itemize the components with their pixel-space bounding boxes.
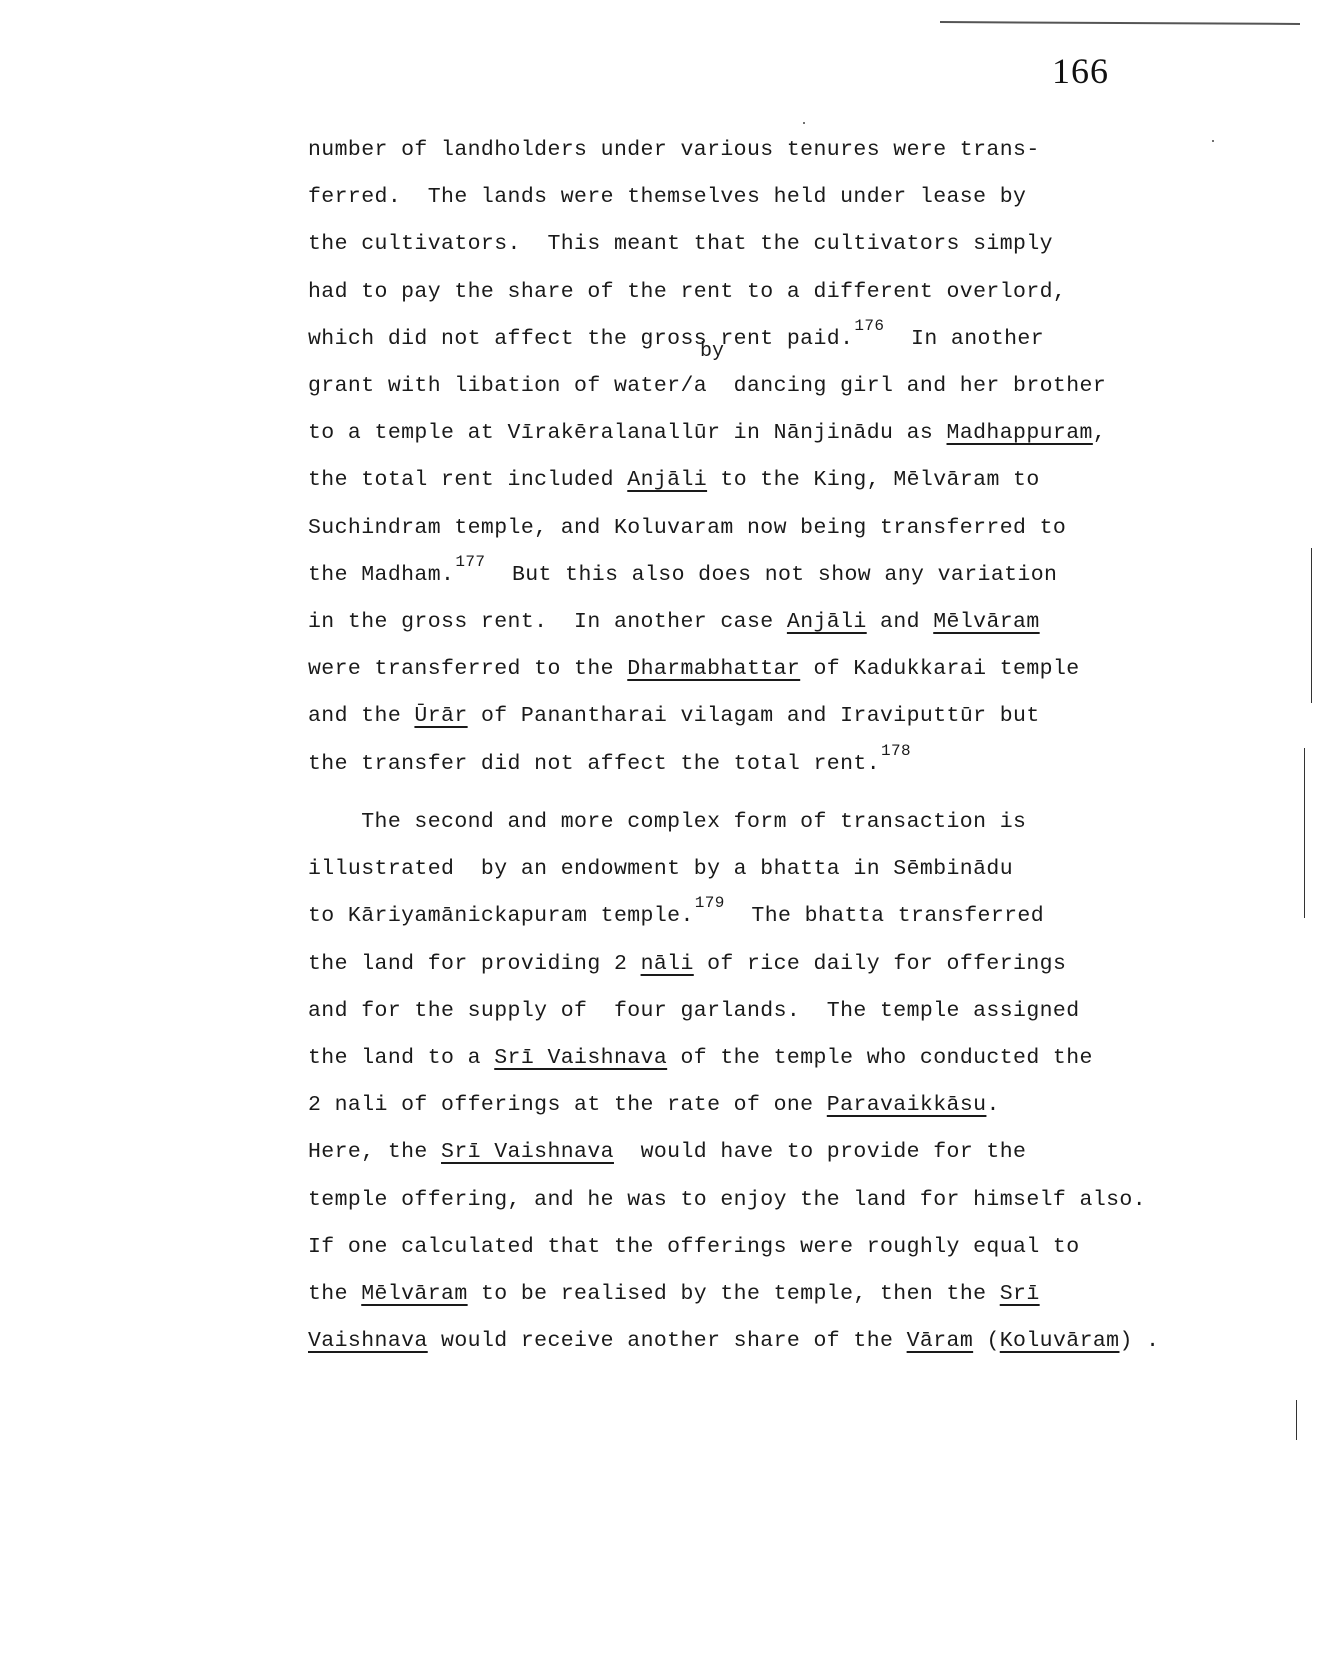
text-run: had to pay the share of the rent to a di… — [308, 280, 1066, 304]
underlined-term: Anjāli — [627, 468, 707, 492]
text-run: were transferred to the — [308, 657, 627, 681]
text-line: grant with libation of water/a dancing g… — [308, 374, 1106, 398]
text-run: the land for providing 2 — [308, 952, 641, 976]
text-run: Suchindram temple, and Koluvaram now bei… — [308, 516, 1066, 540]
text-run: illustrated by an endowment by a bhatta … — [308, 857, 1013, 881]
text-line: the cultivators. This meant that the cul… — [308, 232, 1053, 256]
text-run: the cultivators. This meant that the cul… — [308, 232, 1053, 256]
text-run: ferred. The lands were themselves held u… — [308, 185, 1026, 209]
text-line: were transferred to the Dharmabhattar of… — [308, 657, 1080, 681]
footnote-ref: 177 — [455, 553, 485, 571]
underlined-term: Mēlvāram — [933, 610, 1039, 634]
text-line: to Kāriyamānickapuram temple.179 The bha… — [308, 904, 1044, 928]
page-number: 166 — [1052, 50, 1109, 92]
text-line: The second and more complex form of tran… — [308, 810, 1026, 834]
text-run: of Kadukkarai temple — [800, 657, 1079, 681]
footnote-ref: 176 — [854, 317, 884, 335]
underlined-term: Srī — [1000, 1282, 1040, 1306]
text-line: the land to a Srī Vaishnava of the templ… — [308, 1046, 1093, 1070]
underlined-term: Dharmabhattar — [627, 657, 800, 681]
insertion-by: by — [700, 340, 724, 363]
text-line: the land for providing 2 nāli of rice da… — [308, 952, 1066, 976]
text-line: the transfer did not affect the total re… — [308, 752, 911, 776]
text-run: the transfer did not affect the total re… — [308, 752, 880, 776]
text-run: of the temple who conducted the — [667, 1046, 1093, 1070]
text-run: ( — [973, 1329, 1000, 1353]
text-run: would have to provide for the — [614, 1140, 1026, 1164]
text-run: , — [1093, 421, 1106, 445]
text-line: had to pay the share of the rent to a di… — [308, 280, 1066, 304]
text-run: to Kāriyamānickapuram temple. — [308, 904, 694, 928]
footnote-ref: 178 — [881, 742, 911, 760]
text-line: and for the supply of four garlands. The… — [308, 999, 1080, 1023]
text-line: ferred. The lands were themselves held u… — [308, 185, 1026, 209]
text-line: Here, the Srī Vaishnava would have to pr… — [308, 1140, 1026, 1164]
margin-mark — [1304, 748, 1305, 918]
text-line: Suchindram temple, and Koluvaram now bei… — [308, 516, 1066, 540]
text-line: the total rent included Anjāli to the Ki… — [308, 468, 1040, 492]
text-line: the Madham.177 But this also does not sh… — [308, 563, 1057, 587]
text-run: to a temple at Vīrakēralanallūr in Nānji… — [308, 421, 947, 445]
footnote-ref: 179 — [695, 894, 725, 912]
underlined-term: Anjāli — [787, 610, 867, 634]
text-run: the land to a — [308, 1046, 494, 1070]
text-run: of Panantharai vilagam and Iraviputtūr b… — [468, 704, 1040, 728]
text-run: The second and more complex form of tran… — [308, 810, 1026, 834]
underlined-term: Paravaikkāsu — [827, 1093, 987, 1117]
speck — [1212, 140, 1214, 142]
text-run: of rice daily for offerings — [694, 952, 1066, 976]
top-rule — [940, 21, 1300, 25]
text-run: ) . — [1119, 1329, 1159, 1353]
underlined-term: Ūrār — [414, 704, 467, 728]
text-run: which did not affect the gross rent paid… — [308, 327, 853, 351]
text-run: temple offering, and he was to enjoy the… — [308, 1188, 1146, 1212]
text-line: temple offering, and he was to enjoy the… — [308, 1188, 1146, 1212]
margin-mark — [1296, 1400, 1297, 1440]
text-run: . — [986, 1093, 999, 1117]
text-run: to the King, Mēlvāram to — [707, 468, 1040, 492]
text-run: But this also does not show any variatio… — [485, 563, 1057, 587]
text-line: the Mēlvāram to be realised by the templ… — [308, 1282, 1040, 1306]
text-line: Vaishnava would receive another share of… — [308, 1329, 1159, 1353]
text-line: and the Ūrār of Panantharai vilagam and … — [308, 704, 1040, 728]
text-line: illustrated by an endowment by a bhatta … — [308, 857, 1013, 881]
text-run: The bhatta transferred — [725, 904, 1044, 928]
underlined-term: Vāram — [907, 1329, 974, 1353]
text-line: 2 nali of offerings at the rate of one P… — [308, 1093, 1000, 1117]
underlined-term: Srī Vaishnava — [441, 1140, 614, 1164]
text-line: number of landholders under various tenu… — [308, 138, 1040, 162]
text-run: the — [308, 1282, 361, 1306]
text-line: to a temple at Vīrakēralanallūr in Nānji… — [308, 421, 1106, 445]
text-run: grant with libation of water/a dancing g… — [308, 374, 1106, 398]
margin-mark — [1311, 548, 1312, 703]
text-run: would receive another share of the — [428, 1329, 907, 1353]
underlined-term: Koluvāram — [1000, 1329, 1120, 1353]
text-run: 2 nali of offerings at the rate of one — [308, 1093, 827, 1117]
text-run: in the gross rent. In another case — [308, 610, 787, 634]
text-run: the total rent included — [308, 468, 627, 492]
underlined-term: Madhappuram — [947, 421, 1093, 445]
text-run: If one calculated that the offerings wer… — [308, 1235, 1080, 1259]
underlined-term: Vaishnava — [308, 1329, 428, 1353]
underlined-term: Mēlvāram — [361, 1282, 467, 1306]
underlined-term: nāli — [641, 952, 694, 976]
text-line: in the gross rent. In another case Anjāl… — [308, 610, 1040, 634]
text-run: and — [867, 610, 934, 634]
speck — [803, 122, 805, 124]
text-run: and the — [308, 704, 414, 728]
text-run: number of landholders under various tenu… — [308, 138, 1040, 162]
text-line: If one calculated that the offerings wer… — [308, 1235, 1080, 1259]
text-run: and for the supply of four garlands. The… — [308, 999, 1080, 1023]
text-run: Here, the — [308, 1140, 441, 1164]
text-run: In another — [884, 327, 1044, 351]
text-run: the Madham. — [308, 563, 454, 587]
text-line: which did not affect the gross rent paid… — [308, 327, 1044, 351]
text-run: to be realised by the temple, then the — [468, 1282, 1000, 1306]
underlined-term: Srī Vaishnava — [494, 1046, 667, 1070]
